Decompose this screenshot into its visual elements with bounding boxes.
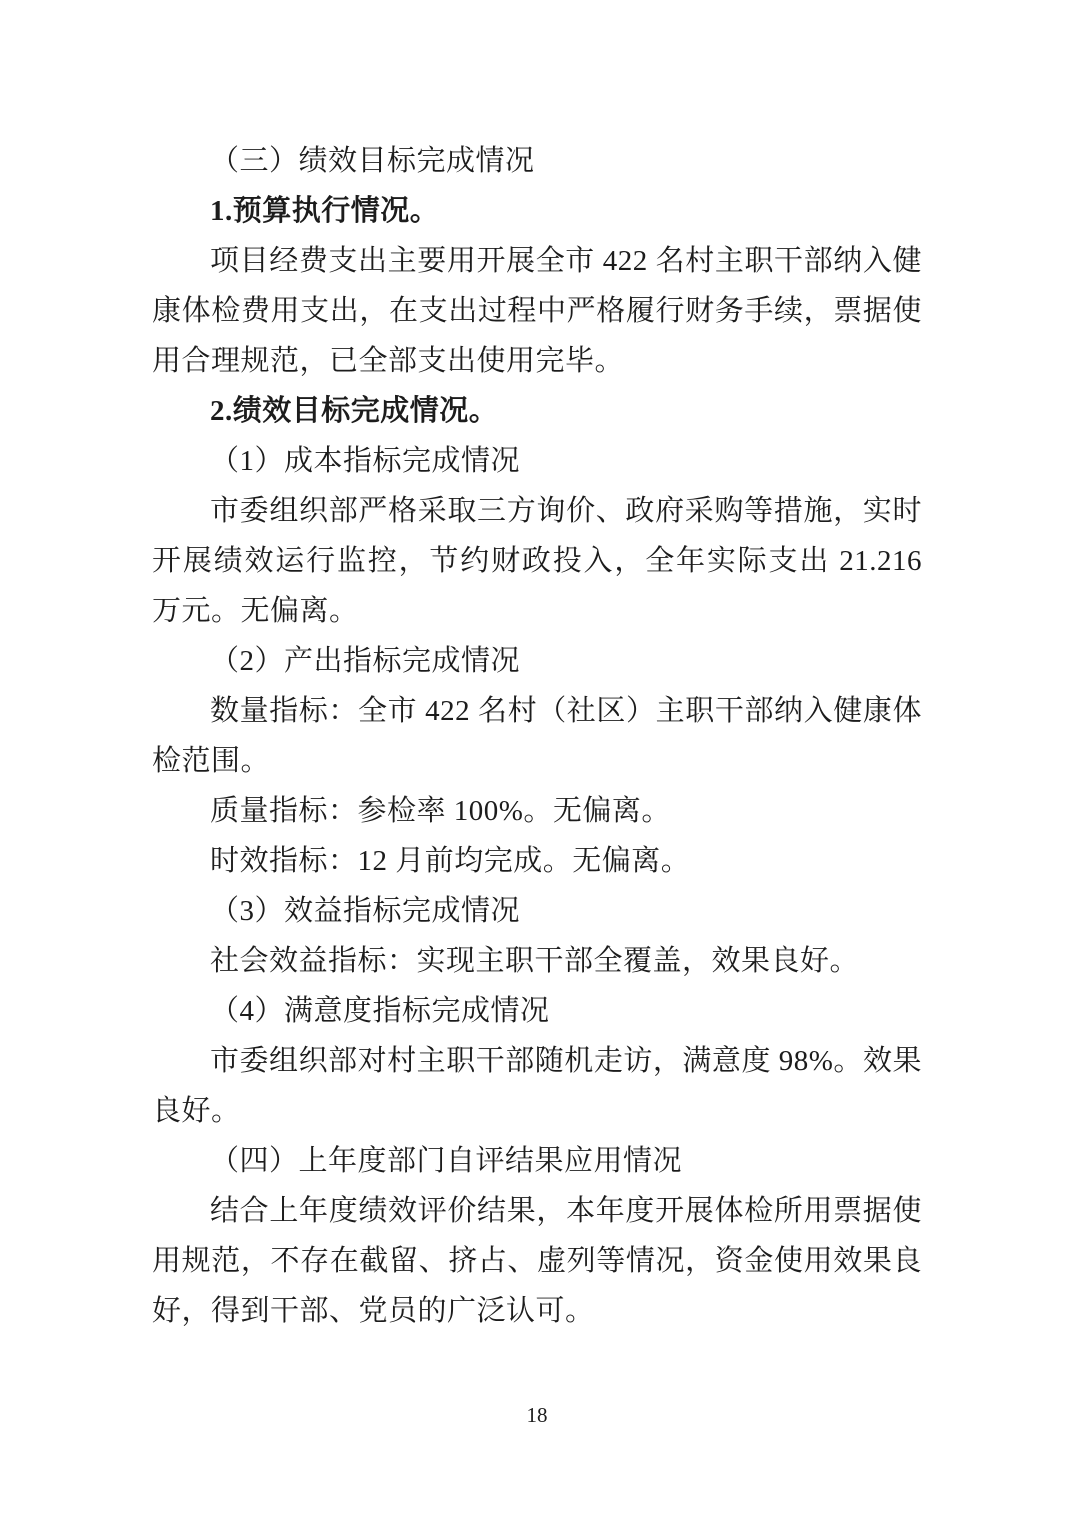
paragraph: 数量指标：全市 422 名村（社区）主职干部纳入健康体检范围。 — [152, 686, 922, 786]
page-number: 18 — [0, 1400, 1074, 1430]
section-heading: （4）满意度指标完成情况 — [152, 986, 922, 1036]
section-heading: （三）绩效目标完成情况 — [152, 136, 922, 186]
paragraph: 市委组织部对村主职干部随机走访，满意度 98%。效果良好。 — [152, 1036, 922, 1136]
section-heading: 2.绩效目标完成情况。 — [152, 386, 922, 436]
section-heading: （四）上年度部门自评结果应用情况 — [152, 1136, 922, 1186]
document-body: （三）绩效目标完成情况1.预算执行情况。项目经费支出主要用开展全市 422 名村… — [152, 136, 922, 1336]
paragraph: 质量指标：参检率 100%。无偏离。 — [152, 786, 922, 836]
paragraph: 结合上年度绩效评价结果，本年度开展体检所用票据使用规范，不存在截留、挤占、虚列等… — [152, 1186, 922, 1336]
paragraph: 项目经费支出主要用开展全市 422 名村主职干部纳入健康体检费用支出，在支出过程… — [152, 236, 922, 386]
section-heading: （1）成本指标完成情况 — [152, 436, 922, 486]
section-heading: 1.预算执行情况。 — [152, 186, 922, 236]
paragraph: 市委组织部严格采取三方询价、政府采购等措施，实时开展绩效运行监控，节约财政投入，… — [152, 486, 922, 636]
document-page: （三）绩效目标完成情况1.预算执行情况。项目经费支出主要用开展全市 422 名村… — [0, 0, 1074, 1520]
paragraph: 社会效益指标：实现主职干部全覆盖，效果良好。 — [152, 936, 922, 986]
section-heading: （3）效益指标完成情况 — [152, 886, 922, 936]
section-heading: （2）产出指标完成情况 — [152, 636, 922, 686]
paragraph: 时效指标：12 月前均完成。无偏离。 — [152, 836, 922, 886]
